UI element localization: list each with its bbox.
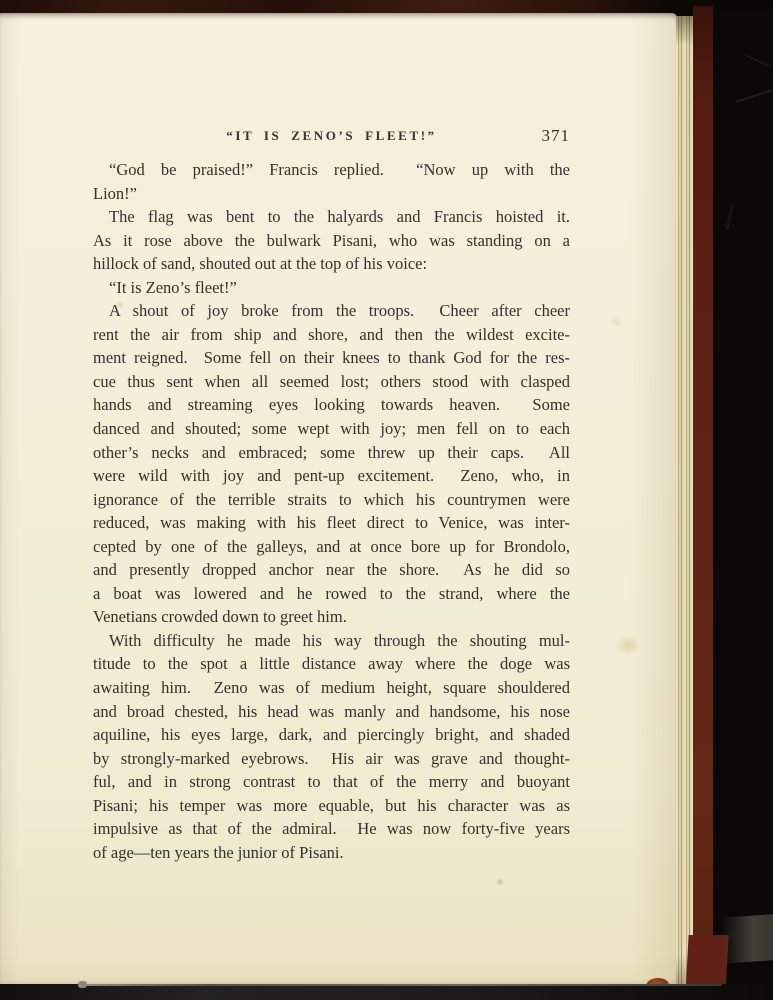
text-line: reduced, was making with his fleet direc… bbox=[93, 511, 570, 535]
table-surface-highlight bbox=[82, 984, 722, 986]
text-line: of age—ten years the junior of Pisani. bbox=[93, 841, 570, 865]
text-line: ignorance of the terrible straits to whi… bbox=[93, 488, 570, 512]
page-number: 371 bbox=[542, 126, 571, 146]
text-line: With difficulty he made his way through … bbox=[93, 629, 570, 653]
text-line: were wild with joy and pent-up excitemen… bbox=[93, 464, 570, 488]
stacked-page-edges bbox=[676, 16, 694, 993]
running-head: “IT IS ZENO’S FLEET!” 371 bbox=[93, 128, 570, 150]
text-line: hands and streaming eyes looking towards… bbox=[93, 393, 570, 417]
text-line: ful, and in strong contrast to that of t… bbox=[93, 770, 570, 794]
background-highlight bbox=[722, 914, 773, 964]
text-line: cue thus sent when all seemed lost; othe… bbox=[93, 370, 570, 394]
book-cover-top-edge bbox=[0, 0, 773, 14]
text-line: Venetians crowded down to greet him. bbox=[93, 605, 570, 629]
text-line: ment reigned. Some fell on their knees t… bbox=[93, 346, 570, 370]
text-line: awaiting him. Zeno was of medium height,… bbox=[93, 676, 570, 700]
text-line: impulsive as that of the admiral. He was… bbox=[93, 817, 570, 841]
text-line: aquiline, his eyes large, dark, and pier… bbox=[93, 723, 570, 747]
text-line: Pisani; his temper was more equable, but… bbox=[93, 794, 570, 818]
book-page: “IT IS ZENO’S FLEET!” 371 “God be praise… bbox=[0, 13, 677, 986]
text-line: hillock of sand, shouted out at the top … bbox=[93, 252, 570, 276]
text-line: rent the air from ship and shore, and th… bbox=[93, 323, 570, 347]
text-line: “It is Zeno’s fleet!” bbox=[93, 276, 570, 300]
text-line: cepted by one of the galleys, and at onc… bbox=[93, 535, 570, 559]
text-line: and broad chested, his head was manly an… bbox=[93, 700, 570, 724]
text-line: and presently dropped anchor near the sh… bbox=[93, 558, 570, 582]
running-head-title: “IT IS ZENO’S FLEET!” bbox=[93, 128, 570, 144]
background-scratch bbox=[736, 89, 773, 103]
text-line: Lion!” bbox=[93, 182, 570, 206]
text-line: by strongly-marked eyebrows. His air was… bbox=[93, 747, 570, 771]
paragraph: A shout of joy broke from the troops. Ch… bbox=[93, 299, 570, 629]
text-line: “God be praised!” Francis replied. “Now … bbox=[93, 158, 570, 182]
paragraph: With difficulty he made his way through … bbox=[93, 629, 570, 864]
book-cover-right-edge bbox=[693, 6, 713, 1000]
paragraph: The flag was bent to the halyards and Fr… bbox=[93, 205, 570, 276]
page-text: “God be praised!” Francis replied. “Now … bbox=[93, 158, 570, 864]
background-scratch bbox=[725, 205, 733, 231]
text-line: danced and shouted; some wept with joy; … bbox=[93, 417, 570, 441]
background-scratch bbox=[745, 55, 769, 67]
table-surface-edge bbox=[0, 984, 773, 1000]
text-line: A shout of joy broke from the troops. Ch… bbox=[93, 299, 570, 323]
paragraph: “God be praised!” Francis replied. “Now … bbox=[93, 158, 570, 205]
table-surface-glint bbox=[78, 981, 87, 988]
text-line: other’s necks and embraced; some threw u… bbox=[93, 441, 570, 465]
paragraph: “It is Zeno’s fleet!” bbox=[93, 276, 570, 300]
text-line: The flag was bent to the halyards and Fr… bbox=[93, 205, 570, 229]
photo-of-book-page: { "page": { "header": { "title": "\u201c… bbox=[0, 0, 773, 1000]
text-line: a boat was lowered and he rowed to the s… bbox=[93, 582, 570, 606]
text-line: As it rose above the bulwark Pisani, who… bbox=[93, 229, 570, 253]
text-line: titude to the spot a little distance awa… bbox=[93, 652, 570, 676]
